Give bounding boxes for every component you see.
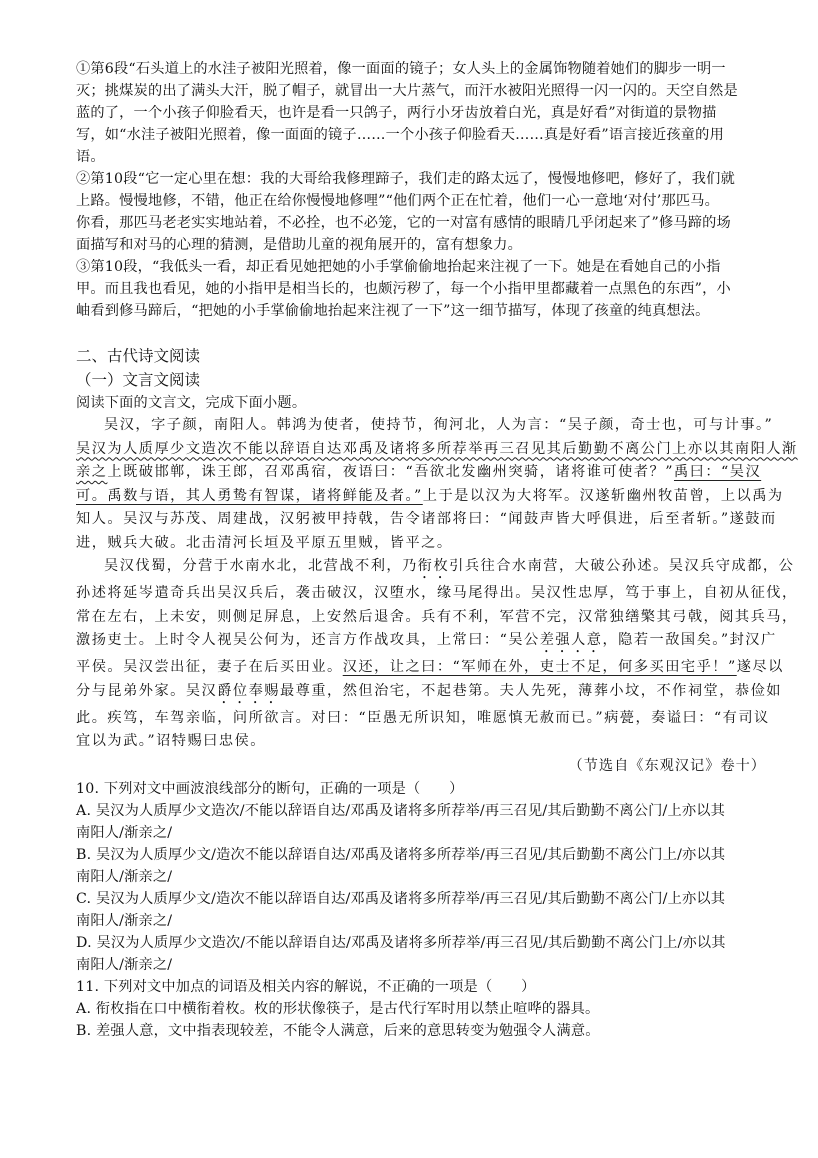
- instruction: 阅读下面的文言文，完成下面小题。: [76, 392, 768, 414]
- answer-item-3: ③第10段，“我低头一看，却正看见她把她的小手掌偷偷地抬起来注视了一下。她是在看…: [76, 256, 768, 322]
- wavy-underlined-text: 吴汉为人质厚少文造次不能以辞语自达邓禹及诸将多所荐举再三召见其后勤勤不离公门上亦…: [76, 441, 798, 457]
- option-d: D. 吴汉为人质厚少文造次/不能以辞语自达/邓禹及诸将多所荐举/再三召见/其后勤…: [76, 932, 768, 954]
- option-a: A. 吴汉为人质厚少文造次/不能以辞语自达/邓禹及诸将多所荐举/再三召见/其后勤…: [76, 800, 768, 822]
- exam-page: ①第6段“石头道上的水洼子被阳光照着，像一面面的镜子；女人头上的金属饰物随着她们…: [76, 58, 768, 1042]
- passage-line: 平侯。吴汉尝出征，妻子在后买田业。汉还，让之曰：“军师在外，吏士不足，何多买田宅…: [76, 656, 768, 680]
- text-line: 蓝的了，一个小孩子仰脸看天，也许是看一只鸽子，两行小牙齿放着白光，真是好看”对街…: [76, 102, 768, 124]
- dotted-term: 差强人意: [540, 632, 603, 648]
- text-line: 上路。慢慢地修，不错，他正在给你慢慢地修哩”“他们两个正在忙着，他们一心一意地‘…: [76, 190, 768, 212]
- section-title: 二、古代诗文阅读: [76, 344, 768, 368]
- option-d-cont: 南阳人/渐亲之/: [76, 954, 768, 976]
- passage-text: ，隐若一敌国矣。”封汉广: [602, 632, 776, 648]
- option-c-cont: 南阳人/渐亲之/: [76, 910, 768, 932]
- question-10: 10. 下列对文中画波浪线部分的断句，正确的一项是（ ） A. 吴汉为人质厚少文…: [76, 778, 768, 976]
- passage-line: 吴汉为人质厚少文造次不能以辞语自达邓禹及诸将多所荐举再三召见其后勤勤不离公门上亦…: [76, 438, 768, 462]
- answer-item-2: ②第10段“它一定心里在想：我的大哥给我修理蹄子，我们走的路太远了，慢慢地修吧，…: [76, 168, 768, 256]
- dotted-term: 爵位奉赐: [217, 683, 280, 699]
- option-a: A. 衔枚指在口中横衔着枚。枚的形状像筷子，是古代行军时用以禁止喧哗的器具。: [76, 998, 768, 1020]
- passage-line: 常在左右，上未安，则侧足屏息，上安然后退舍。兵有不利，军营不完，汉常独缮檠其弓戟…: [76, 606, 768, 630]
- text-line: 写，如“水洼子被阳光照着，像一面面的镜子……一个小孩子仰脸看天……真是好看”语言…: [76, 124, 768, 146]
- passage-text: 最尊重，然但治宅，不起巷第。夫人先死，薄葬小坟，不作祠堂，恭俭如: [280, 683, 782, 699]
- underlined-text: 禹曰：“吴汉: [674, 464, 761, 480]
- answer-item-1: ①第6段“石头道上的水洼子被阳光照着，像一面面的镜子；女人头上的金属饰物随着她们…: [76, 58, 768, 168]
- passage-text: 吴汉伐蜀，分营于水南水北，北营战不利，乃: [104, 558, 418, 574]
- passage-line: 吴汉伐蜀，分营于水南水北，北营战不利，乃衔枚引兵往合水南营，大破公孙述。吴汉兵守…: [76, 555, 768, 582]
- passage-line: 进，贼兵大破。北击清河长垣及平原五里贼，皆平之。: [76, 532, 768, 556]
- wavy-underlined-text: 亲之: [76, 464, 107, 480]
- question-stem: 10. 下列对文中画波浪线部分的断句，正确的一项是（ ）: [76, 778, 768, 800]
- question-stem: 11. 下列对文中加点的词语及相关内容的解说，不正确的一项是（ ）: [76, 976, 768, 998]
- passage-text: 引兵往合水南营，大破公孙述。吴汉兵守成都，公: [449, 558, 794, 574]
- text-line: 灭；挑煤炭的出了满头大汗，脱了帽子，就冒出一大片蒸气，而汗水被阳光照得一闪一闪的…: [76, 80, 768, 102]
- passage-line: 激扬吏士。上时令人视吴公何为，还言方作战攻具，上常曰：“吴公差强人意，隐若一敌国…: [76, 629, 768, 656]
- question-11: 11. 下列对文中加点的词语及相关内容的解说，不正确的一项是（ ） A. 衔枚指…: [76, 976, 768, 1042]
- option-c: C. 吴汉为人质厚少文/造次不能以辞语自达/邓禹及诸将多所荐举/再三召见/其后勤…: [76, 888, 768, 910]
- text-line: ②第10段“它一定心里在想：我的大哥给我修理蹄子，我们走的路太远了，慢慢地修吧，…: [76, 168, 768, 190]
- passage-line: 知人。吴汉与苏茂、周建战，汉躬被甲持戟，告令诸部将曰：“闻鼓声皆大呼俱进，后至者…: [76, 508, 768, 532]
- classical-passage: 吴汉，字子颜，南阳人。韩鸿为使者，使持节，徇河北，人为言：“吴子颜，奇士也，可与…: [76, 414, 768, 778]
- text-line: 语。: [76, 146, 768, 168]
- passage-line: 孙述将延岑遣奇兵出吴汉兵后，袭击破汉，汉堕水，缘马尾得出。吴汉性忠厚，笃于事上，…: [76, 582, 768, 606]
- passage-line: 亲之上既破邯郸，诛王郎，召邓禹宿，夜语曰：“吾欲北发幽州突骑，诸将谁可使者？”禹…: [76, 461, 768, 485]
- option-b: B. 吴汉为人质厚少文/造次不能以辞语自达/邓禹及诸将多所荐举/再三召见/其后勤…: [76, 844, 768, 866]
- passage-text: 上于是以汉为大将军。汉遂斩幽州牧苗曾，上以禹为: [423, 488, 784, 504]
- passage-line: 分与昆弟外家。吴汉爵位奉赐最尊重，然但治宅，不起巷第。夫人先死，薄葬小坟，不作祠…: [76, 680, 768, 707]
- option-b-cont: 南阳人/渐亲之/: [76, 866, 768, 888]
- passage-line: 可。禹数与语，其人勇鸷有智谋，诸将鲜能及者。”上于是以汉为大将军。汉遂斩幽州牧苗…: [76, 485, 768, 509]
- passage-text: 分与昆弟外家。吴汉: [76, 683, 217, 699]
- text-line: ③第10段，“我低头一看，却正看见她把她的小手掌偷偷地抬起来注视了一下。她是在看…: [76, 256, 768, 278]
- section-subtitle: （一）文言文阅读: [76, 368, 768, 392]
- text-line: 岫看到修马蹄后，“把她的小手掌偷偷地抬起来注视了一下”这一细节描写，体现了孩童的…: [76, 300, 768, 322]
- option-b: B. 差强人意，文中指表现较差，不能令人满意，后来的意思转变为勉强令人满意。: [76, 1020, 768, 1042]
- dotted-term: 衔枚: [418, 558, 449, 574]
- option-a-cont: 南阳人/渐亲之/: [76, 822, 768, 844]
- text-line: 你看，那匹马老老实实地站着，不必拴，也不必笼，它的一对富有感情的眼睛几乎闭起来了…: [76, 212, 768, 234]
- source-citation: （节选自《东观汉记》卷十）: [76, 754, 768, 778]
- passage-text: 激扬吏士。上时令人视吴公何为，还言方作战攻具，上常曰：“吴公: [76, 632, 540, 648]
- passage-text: 上既破邯郸，诛王郎，召邓禹宿，夜语曰：“吾欲北发幽州突骑，诸将谁可使者？”: [107, 464, 674, 480]
- passage-text: 平侯。吴汉尝出征，妻子在后买田业。: [76, 659, 343, 675]
- passage-text: 遂尽以: [737, 659, 784, 675]
- passage-line: 吴汉，字子颜，南阳人。韩鸿为使者，使持节，徇河北，人为言：“吴子颜，奇士也，可与…: [76, 414, 768, 438]
- passage-line: 宜以为武。”诏特赐曰忠侯。: [76, 730, 768, 754]
- text-line: 甲。而且我也看见，她的小指甲是相当长的，也颇污秽了，每一个小指甲里都藏着一点黑色…: [76, 278, 768, 300]
- underlined-text: 可。禹数与语，其人勇鸷有智谋，诸将鲜能及者。”: [76, 488, 423, 504]
- passage-line: 此。疾笃，车驾亲临，问所欲言。对曰：“臣愚无所识知，唯愿慎无赦而已。”病甍，奏谥…: [76, 707, 768, 731]
- underlined-text: 汉还，让之曰：“军师在外，吏士不足，何多买田宅乎！”: [343, 659, 737, 675]
- text-line: ①第6段“石头道上的水洼子被阳光照着，像一面面的镜子；女人头上的金属饰物随着她们…: [76, 58, 768, 80]
- text-line: 面描写和对马的心理的猜测，是借助儿童的视角展开的，富有想象力。: [76, 234, 768, 256]
